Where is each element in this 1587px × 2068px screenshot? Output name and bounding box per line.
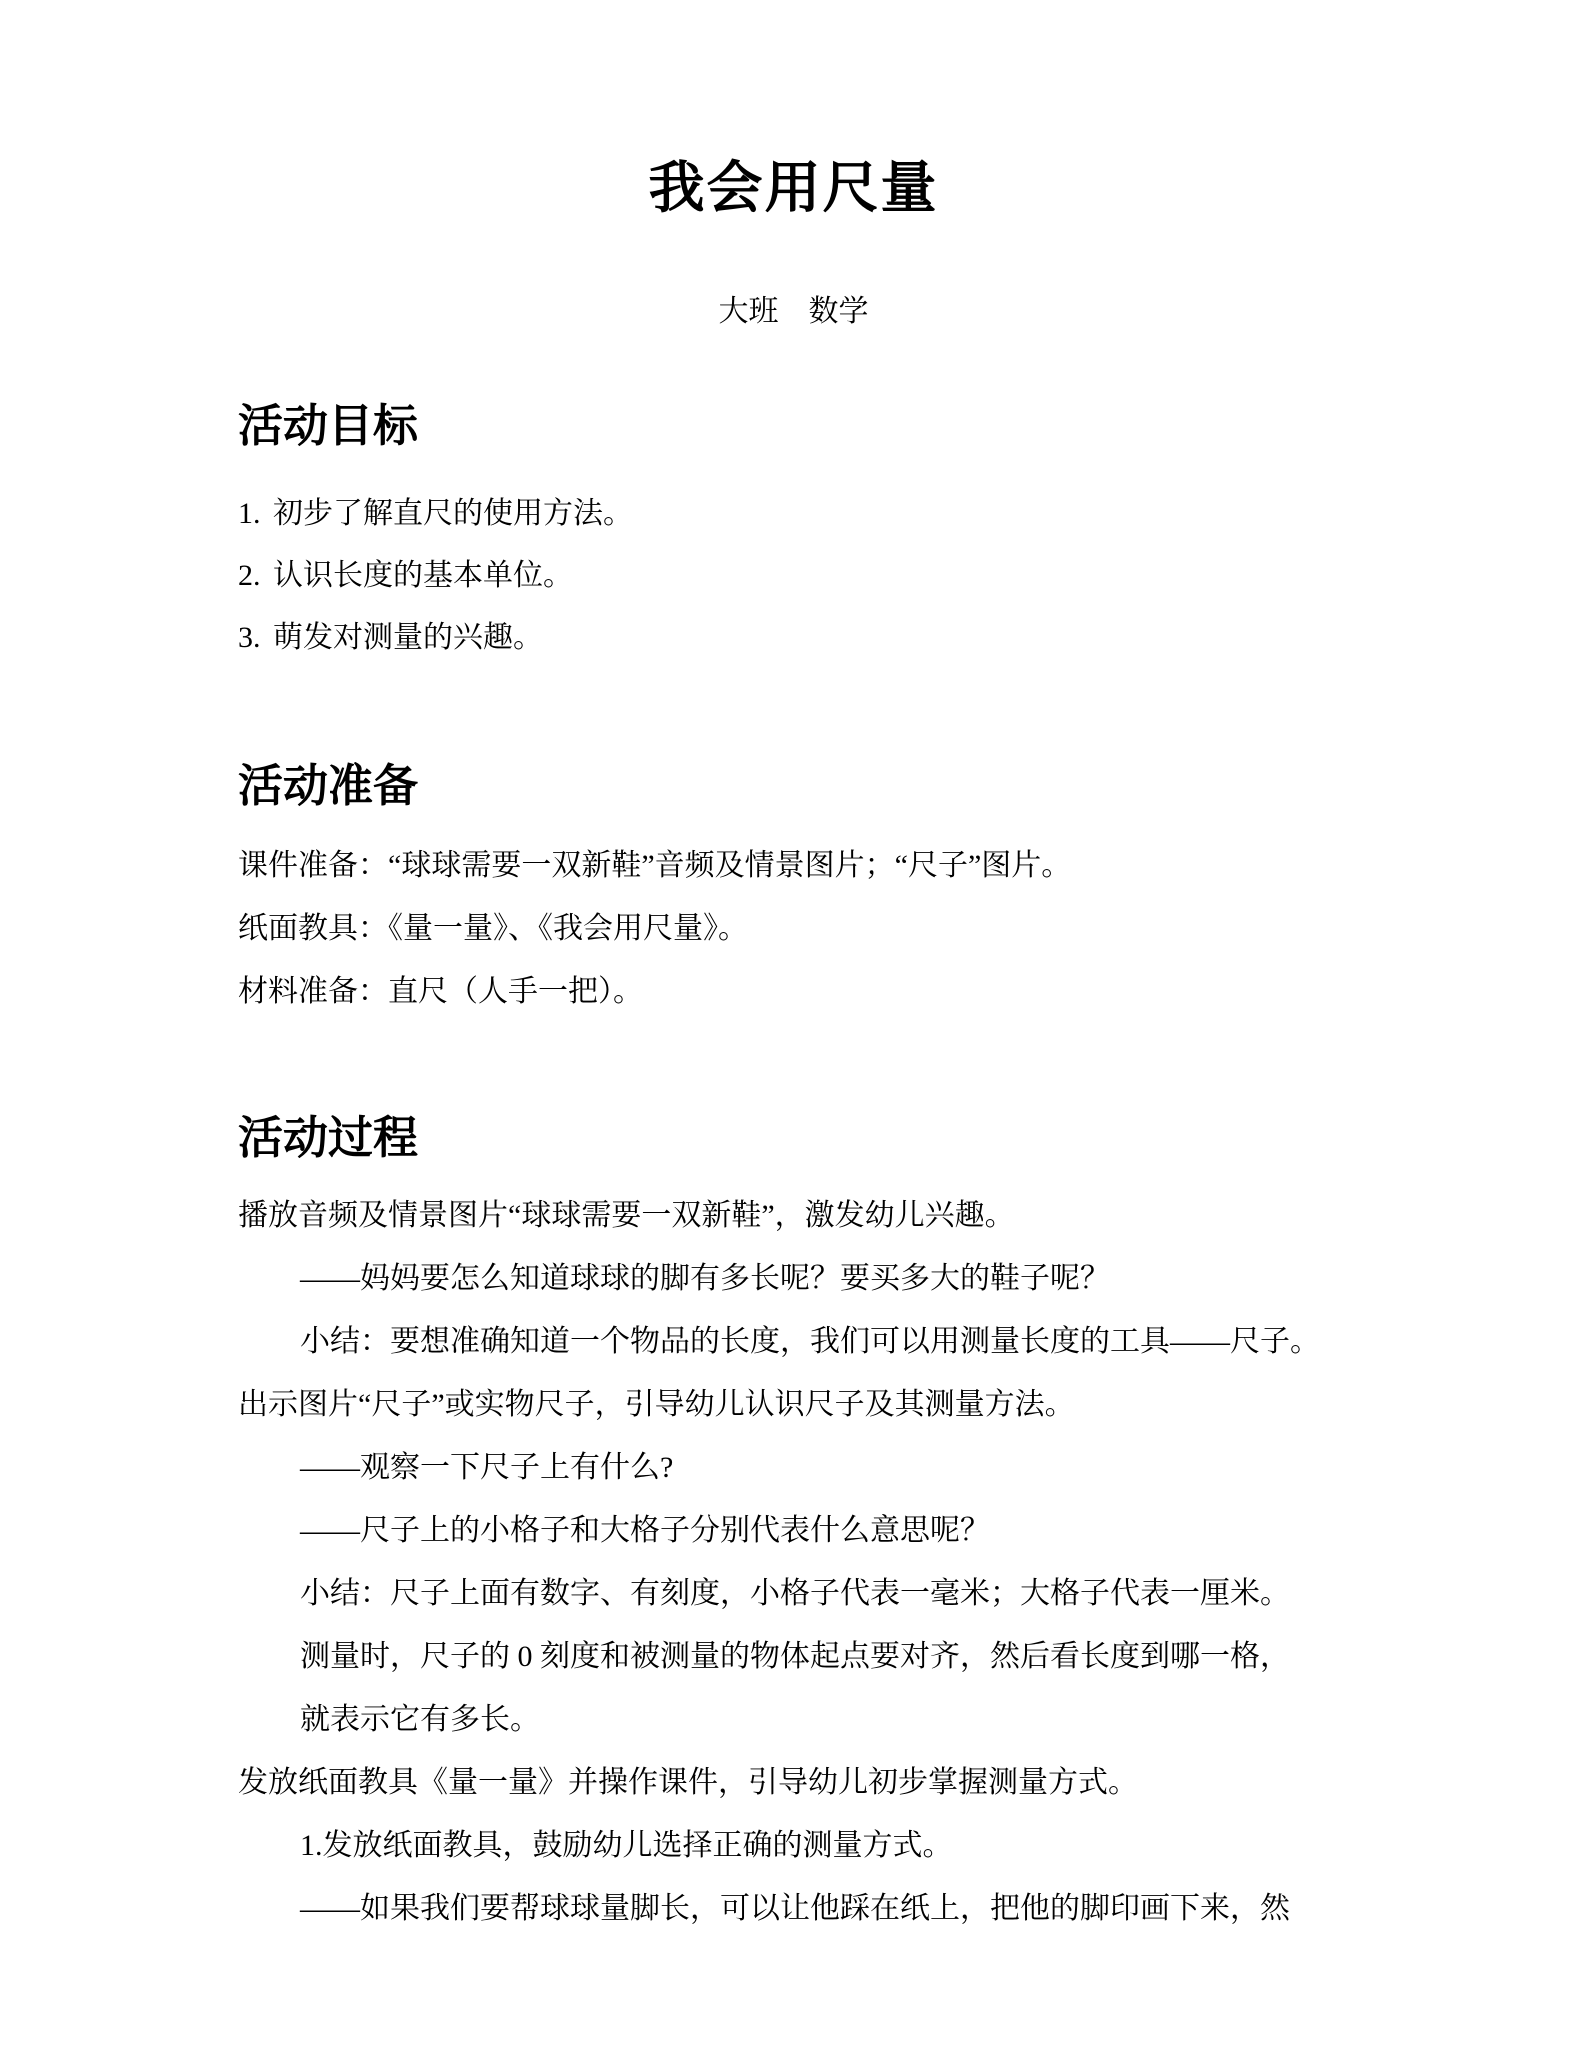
process-line: ——观察一下尺子上有什么? <box>238 1436 1349 1499</box>
prep-line: 课件准备：“球球需要一双新鞋”音频及情景图片；“尺子”图片。 <box>238 834 1349 897</box>
prep-line: 纸面教具：《量一量》、《我会用尺量》。 <box>238 897 1349 960</box>
process-line: ——如果我们要帮球球量脚长，可以让他踩在纸上，把他的脚印画下来，然 <box>238 1877 1349 1940</box>
goal-item-text: 初步了解直尺的使用方法。 <box>273 483 633 545</box>
section-heading-process: 活动过程 <box>238 1110 1349 1167</box>
process-line: 测量时，尺子的 0 刻度和被测量的物体起点要对齐，然后看长度到哪一格， <box>238 1625 1349 1688</box>
goal-item-number: 1. <box>238 483 273 545</box>
section-heading-prep: 活动准备 <box>238 758 1349 815</box>
process-paragraphs: 播放音频及情景图片“球球需要一双新鞋”，激发幼儿兴趣。 ——妈妈要怎么知道球球的… <box>238 1184 1349 1940</box>
process-line: 1.发放纸面教具，鼓励幼儿选择正确的测量方式。 <box>238 1814 1349 1877</box>
prep-paragraphs: 课件准备：“球球需要一双新鞋”音频及情景图片；“尺子”图片。 纸面教具：《量一量… <box>238 834 1349 1023</box>
goal-item-number: 2. <box>238 545 273 607</box>
process-line: 小结：尺子上面有数字、有刻度，小格子代表一毫米；大格子代表一厘米。 <box>238 1562 1349 1625</box>
process-line: 就表示它有多长。 <box>238 1688 1349 1751</box>
process-line: ——尺子上的小格子和大格子分别代表什么意思呢？ <box>238 1499 1349 1562</box>
document-page: 我会用尺量 大班 数学 活动目标 1. 初步了解直尺的使用方法。 2. 认识长度… <box>0 0 1587 2068</box>
section-heading-goals: 活动目标 <box>238 398 1349 455</box>
doc-subtitle: 大班 数学 <box>238 293 1349 330</box>
goal-item-number: 3. <box>238 607 273 669</box>
process-line: 出示图片“尺子”或实物尺子，引导幼儿认识尺子及其测量方法。 <box>238 1373 1349 1436</box>
goal-item: 3. 萌发对测量的兴趣。 <box>238 607 1349 669</box>
process-line: ——妈妈要怎么知道球球的脚有多长呢？要买多大的鞋子呢？ <box>238 1247 1349 1310</box>
prep-line: 材料准备：直尺（人手一把）。 <box>238 960 1349 1023</box>
goal-list: 1. 初步了解直尺的使用方法。 2. 认识长度的基本单位。 3. 萌发对测量的兴… <box>238 483 1349 669</box>
goal-item: 1. 初步了解直尺的使用方法。 <box>238 483 1349 545</box>
process-line: 发放纸面教具《量一量》并操作课件，引导幼儿初步掌握测量方式。 <box>238 1751 1349 1814</box>
goal-item-text: 萌发对测量的兴趣。 <box>273 607 543 669</box>
goal-item-text: 认识长度的基本单位。 <box>273 545 573 607</box>
goal-item: 2. 认识长度的基本单位。 <box>238 545 1349 607</box>
process-line: 播放音频及情景图片“球球需要一双新鞋”，激发幼儿兴趣。 <box>238 1184 1349 1247</box>
doc-title: 我会用尺量 <box>238 158 1349 221</box>
process-line: 小结：要想准确知道一个物品的长度，我们可以用测量长度的工具——尺子。 <box>238 1310 1349 1373</box>
